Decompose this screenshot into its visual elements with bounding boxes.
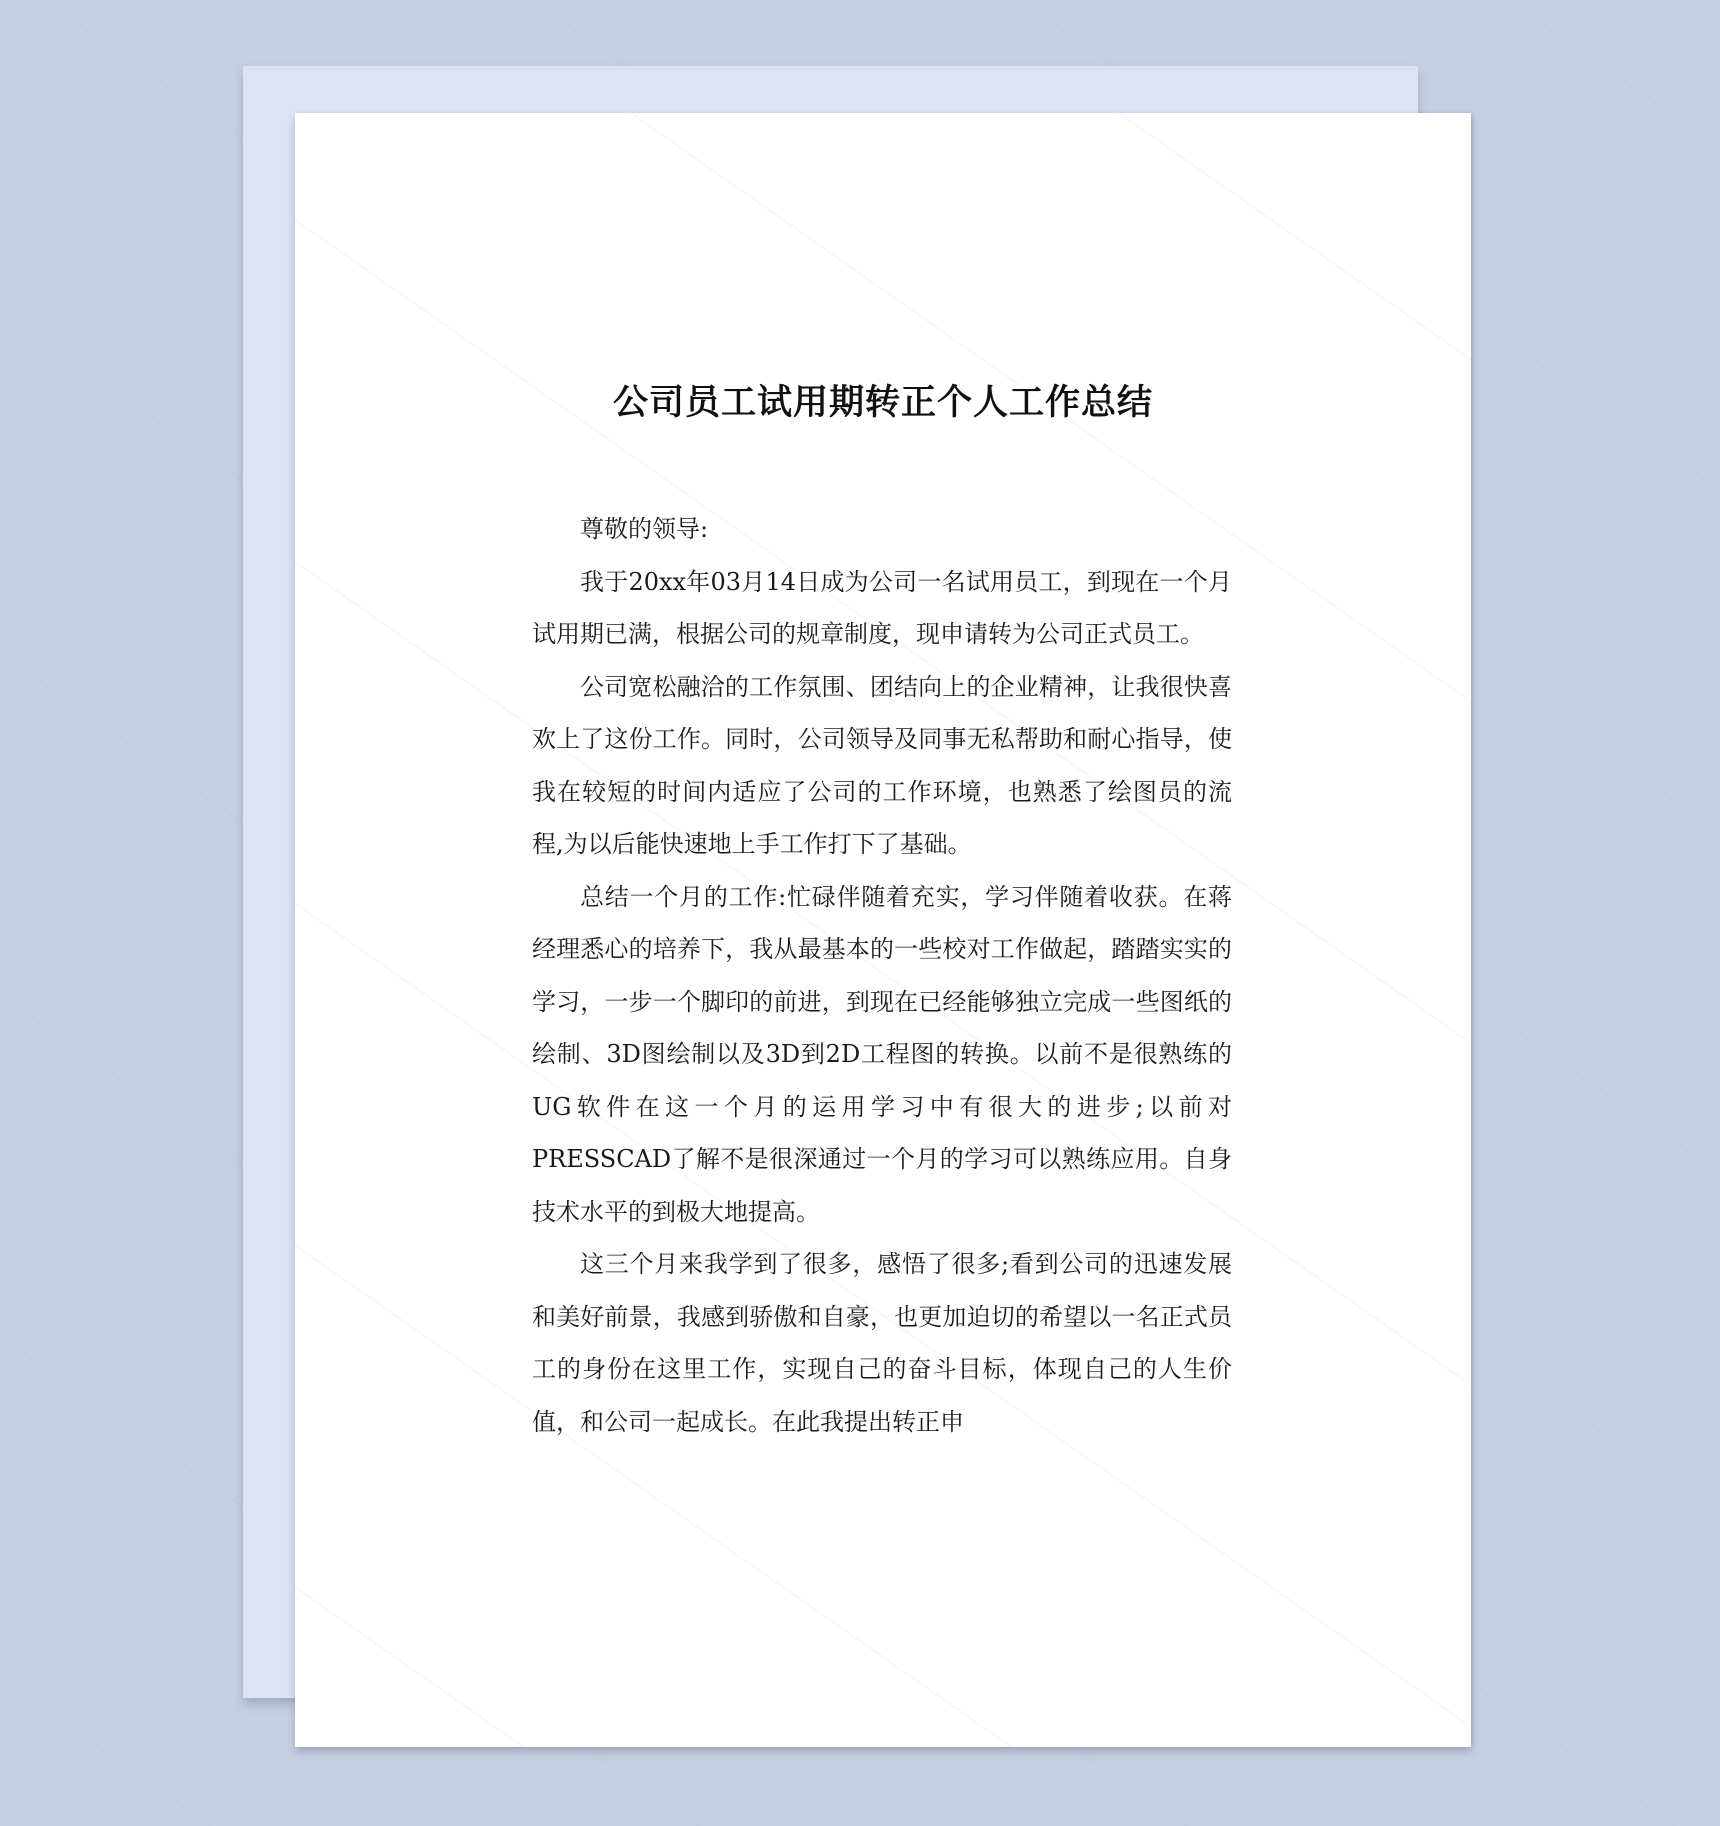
document-title: 公司员工试用期转正个人工作总结 — [295, 375, 1471, 425]
paragraph-2: 公司宽松融洽的工作氛围、团结向上的企业精神，让我很快喜欢上了这份工作。同时，公司… — [532, 661, 1232, 871]
paragraph-1: 我于20xx年03月14日成为公司一名试用员工，到现在一个月试用期已满，根据公司… — [532, 556, 1232, 661]
salutation: 尊敬的领导: — [532, 503, 1232, 556]
paragraph-4: 这三个月来我学到了很多，感悟了很多;看到公司的迅速发展和美好前景，我感到骄傲和自… — [532, 1238, 1232, 1448]
document-page: 公司员工试用期转正个人工作总结 尊敬的领导: 我于20xx年03月14日成为公司… — [295, 113, 1471, 1747]
paragraph-3: 总结一个月的工作:忙碌伴随着充实，学习伴随着收获。在蒋经理悉心的培养下，我从最基… — [532, 871, 1232, 1239]
document-body: 尊敬的领导: 我于20xx年03月14日成为公司一名试用员工，到现在一个月试用期… — [532, 503, 1232, 1448]
